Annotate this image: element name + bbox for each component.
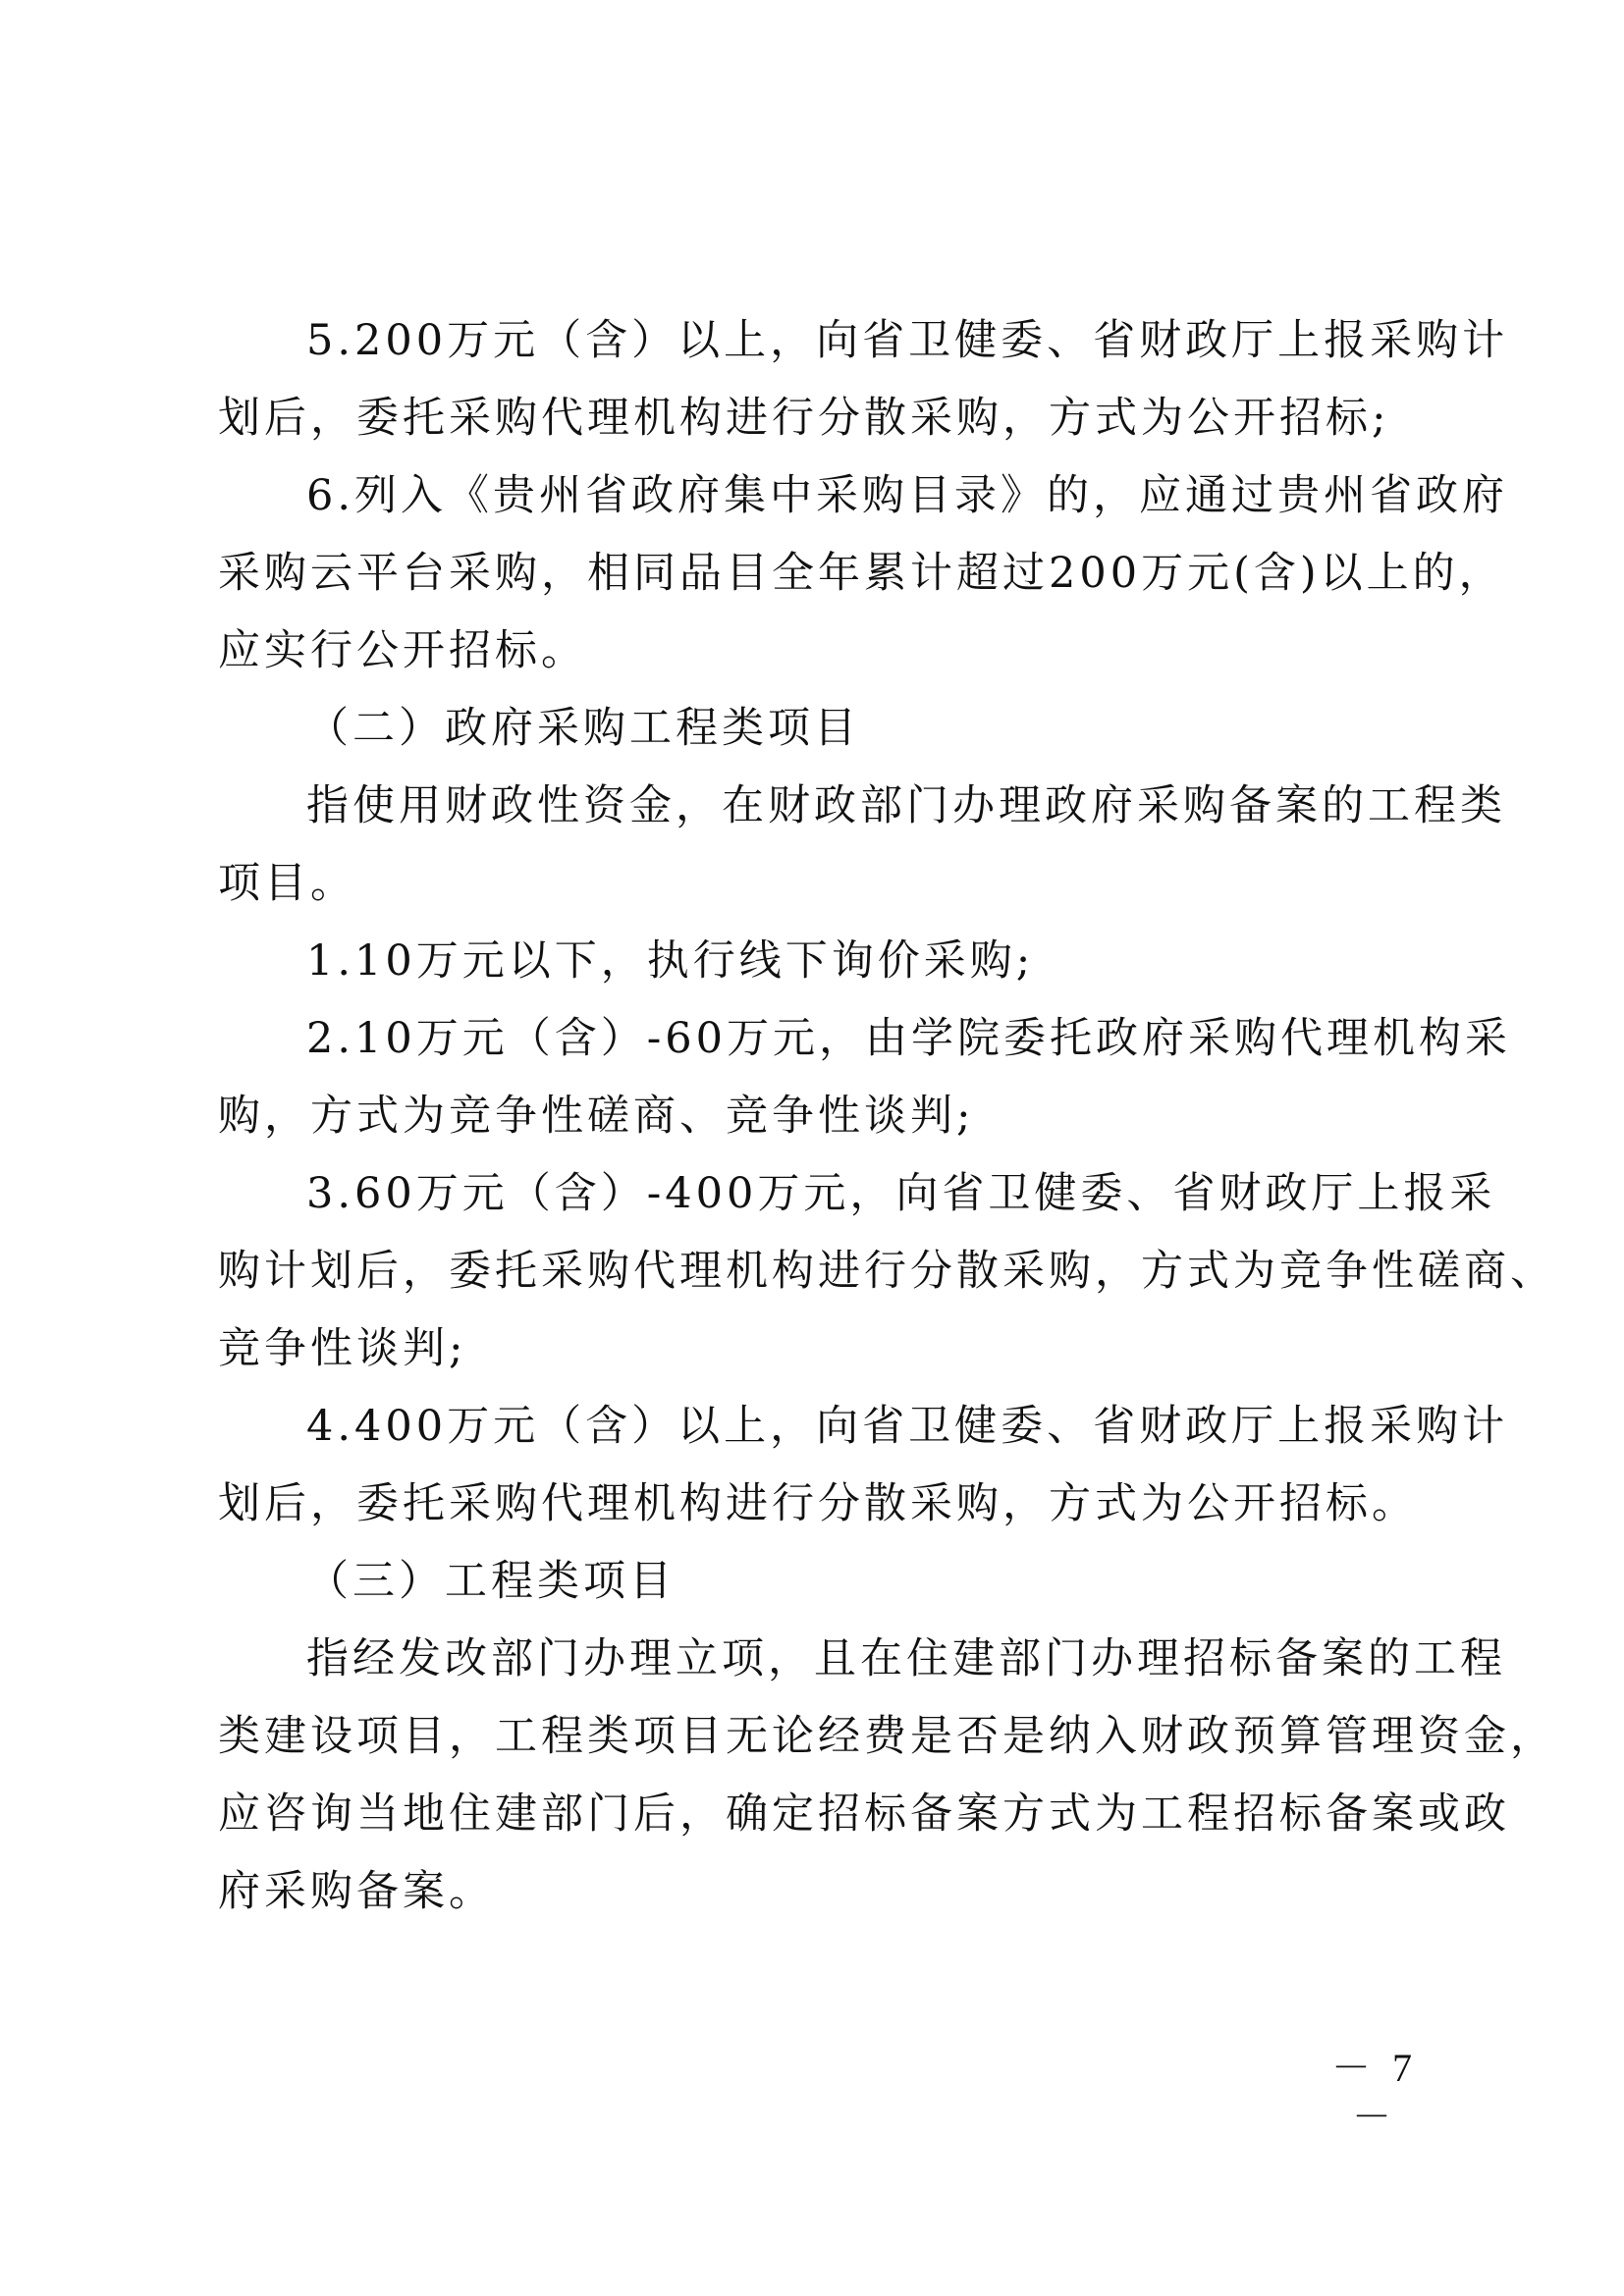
section-3-definition-line-2: 类建设项目，工程类项目无论经费是否是纳入财政预算管理资金，: [218, 1698, 1424, 1776]
section-2-item-4-line-1: 4.400万元（含）以上，向省卫健委、省财政厅上报采购计: [306, 1388, 1424, 1466]
section-3-definition-line-1: 指经发改部门办理立项，且在住建部门办理招标备案的工程: [306, 1621, 1424, 1698]
page-number: － 7 －: [1326, 2044, 1424, 2142]
section-2-item-4-line-2: 划后，委托采购代理机构进行分散采购，方式为公开招标。: [218, 1466, 1418, 1543]
section-2-item-2-line-1: 2.10万元（含）-60万元，由学院委托政府采购代理机构采: [306, 1000, 1424, 1078]
section-2-item-3-line-2: 购计划后，委托采购代理机构进行分散采购，方式为竞争性磋商、: [218, 1233, 1424, 1310]
section-2-item-3-line-3: 竞争性谈判;: [218, 1310, 467, 1388]
section-2-item-2-line-2: 购，方式为竞争性磋商、竞争性谈判;: [218, 1078, 975, 1155]
section-heading-2: （二）政府采购工程类项目: [306, 690, 860, 768]
section-3-definition-line-4: 府采购备案。: [218, 1853, 495, 1931]
paragraph-6-line-2: 采购云平台采购，相同品目全年累计超过200万元(含)以上的，: [218, 535, 1424, 613]
paragraph-5-line-2: 划后，委托采购代理机构进行分散采购，方式为公开招标;: [218, 380, 1390, 457]
paragraph-6-line-1: 6.列入《贵州省政府集中采购目录》的，应通过贵州省政府: [306, 457, 1424, 535]
section-2-definition-line-1: 指使用财政性资金，在财政部门办理政府采购备案的工程类: [306, 768, 1424, 845]
section-heading-3: （三）工程类项目: [306, 1543, 676, 1621]
paragraph-6-line-3: 应实行公开招标。: [218, 613, 587, 690]
paragraph-5-line-1: 5.200万元（含）以上，向省卫健委、省财政厅上报采购计: [306, 302, 1424, 380]
section-2-item-1: 1.10万元以下，执行线下询价采购;: [306, 923, 1034, 1000]
section-3-definition-line-3: 应咨询当地住建部门后，确定招标备案方式为工程招标备案或政: [218, 1776, 1424, 1853]
section-2-item-3-line-1: 3.60万元（含）-400万元，向省卫健委、省财政厅上报采: [306, 1155, 1424, 1233]
section-2-definition-line-2: 项目。: [218, 845, 356, 923]
